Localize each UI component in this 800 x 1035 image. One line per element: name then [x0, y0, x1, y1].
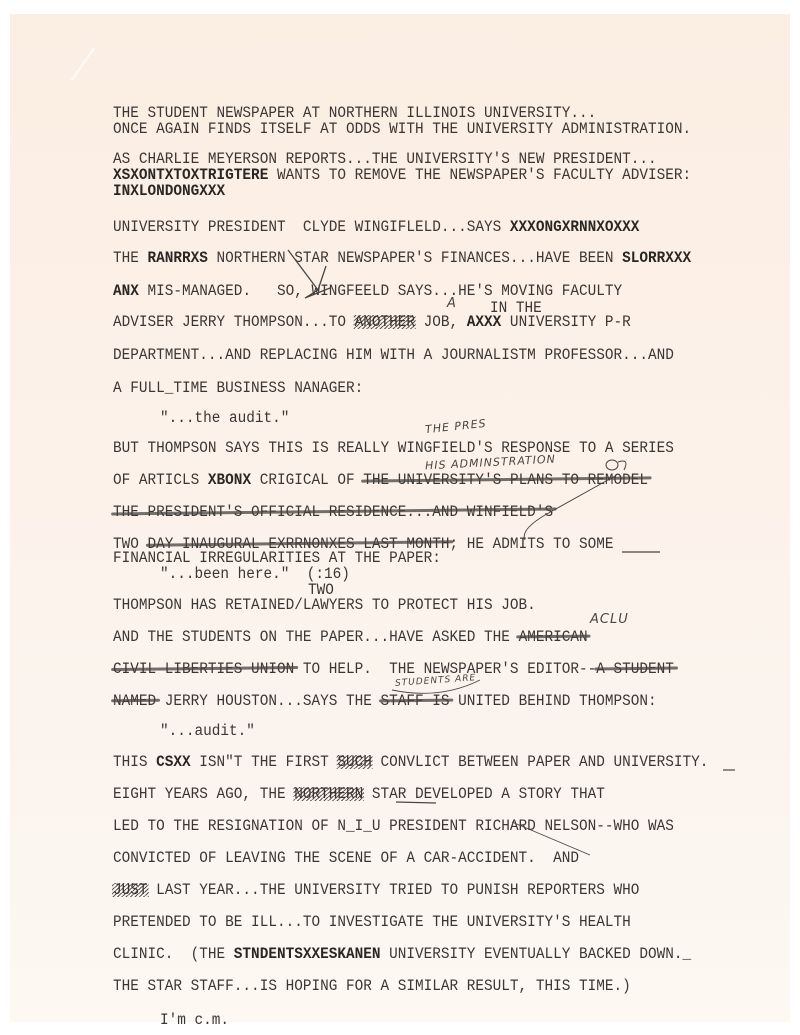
pen-marks — [0, 0, 800, 1035]
